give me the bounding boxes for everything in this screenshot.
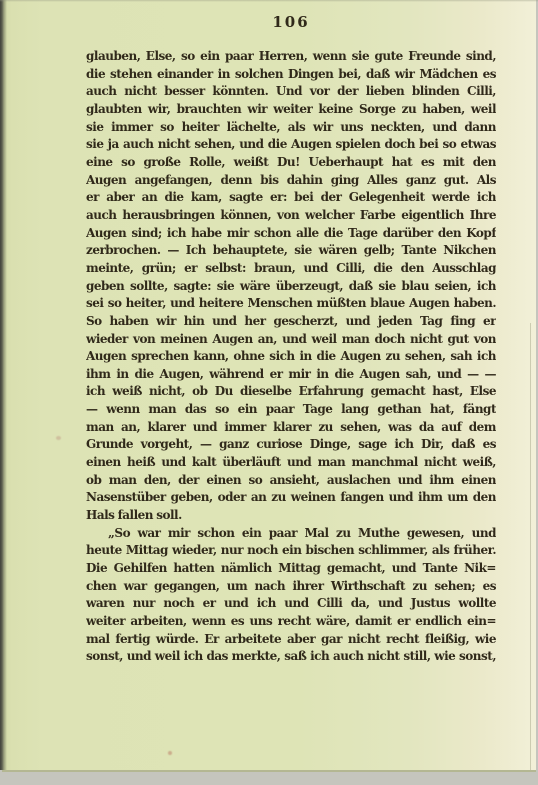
text-line: sonst, und weil ich das merkte, saß ich … [86, 648, 496, 666]
text-line: Hals fallen soll. [86, 507, 496, 525]
text-line: Augen sind; ich habe mir schon alle die … [86, 225, 496, 243]
text-line: Augen angefangen, denn bis dahin ging Al… [86, 172, 496, 190]
text-line: er aber an die kam, sagte er: bei der Ge… [86, 189, 496, 207]
text-line: heute Mittag wieder, nur noch ein bische… [86, 542, 496, 560]
text-line: die stehen einander in solchen Dingen be… [86, 66, 496, 84]
text-line: weiter arbeiten, wenn es uns recht wäre,… [86, 613, 496, 631]
body-text: glauben, Else, so ein paar Herren, wenn … [86, 48, 496, 666]
spine-shadow [0, 0, 7, 770]
text-line: man an, klarer und immer klarer zu sehen… [86, 419, 496, 437]
book-page: 106 glauben, Else, so ein paar Herren, w… [2, 0, 536, 772]
page-number: 106 [86, 13, 496, 31]
scanned-book-page: 106 glauben, Else, so ein paar Herren, w… [0, 0, 538, 785]
text-line: Augen sprechen kann, ohne sich in die Au… [86, 348, 496, 366]
text-line: einen heiß und kalt überläuft und man ma… [86, 454, 496, 472]
paper-stain [168, 751, 172, 755]
text-line: zerbrochen. — Ich behauptete, sie wären … [86, 242, 496, 260]
text-line: Grunde vorgeht, — ganz curiose Dinge, sa… [86, 436, 496, 454]
text-line: meinte, grün; er selbst: braun, und Cill… [86, 260, 496, 278]
text-line: geben sollte, sagte: sie wäre überzeugt,… [86, 278, 496, 296]
text-line: waren nur noch er und ich und Cilli da, … [86, 595, 496, 613]
text-line: ob man den, der einen so ansieht, auslac… [86, 472, 496, 490]
text-line: chen war gegangen, um nach ihrer Wirthsc… [86, 578, 496, 596]
text-line: Die Gehilfen hatten nämlich Mittag gemac… [86, 560, 496, 578]
paper-stain [56, 436, 61, 440]
text-line: glaubten wir, brauchten wir weiter keine… [86, 101, 496, 119]
text-line: sei so heiter, und heitere Menschen müßt… [86, 295, 496, 313]
text-line: auch nicht besser könnten. Und vor der l… [86, 83, 496, 101]
text-line: mal fertig würde. Er arbeitete aber gar … [86, 631, 496, 649]
text-line: — wenn man das so ein paar Tage lang get… [86, 401, 496, 419]
text-line: So haben wir hin und her gescherzt, und … [86, 313, 496, 331]
text-line: ihm in die Augen, während er mir in die … [86, 366, 496, 384]
text-line: eine so große Rolle, weißt Du! Ueberhaup… [86, 154, 496, 172]
text-line: wieder von meinen Augen an, und weil man… [86, 331, 496, 349]
text-line: sie ja auch nicht sehen, und die Augen s… [86, 136, 496, 154]
text-line: sie immer so heiter lächelte, als wir un… [86, 119, 496, 137]
text-line: auch herausbringen können, von welcher F… [86, 207, 496, 225]
page-top-edge [0, 0, 538, 2]
text-line: Nasenstüber geben, oder an zu weinen fan… [86, 489, 496, 507]
text-line: „So war mir schon ein paar Mal zu Muthe … [86, 525, 496, 543]
text-line: glauben, Else, so ein paar Herren, wenn … [86, 48, 496, 66]
text-line: ich weiß nicht, ob Du dieselbe Erfahrung… [86, 383, 496, 401]
